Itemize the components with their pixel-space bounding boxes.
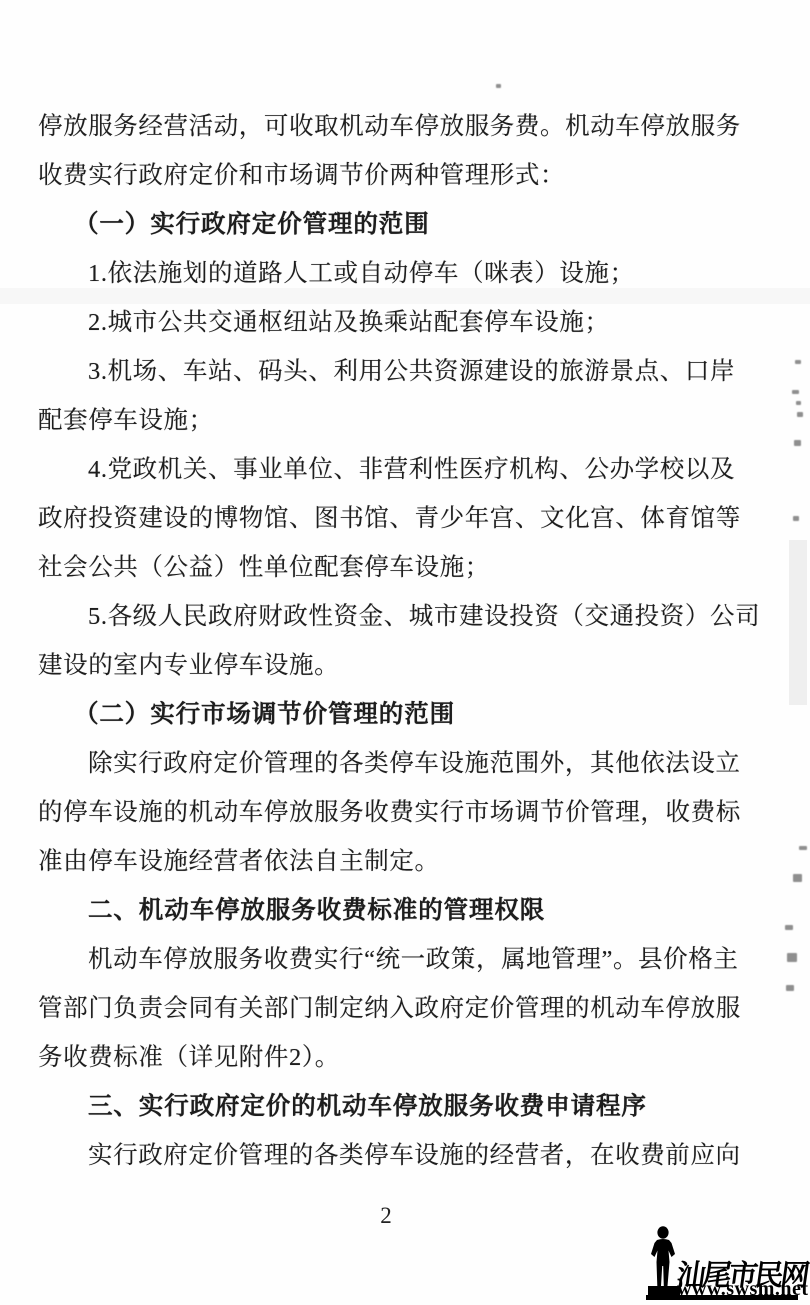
text-line: 准由停车设施经营者依法自主制定。 xyxy=(38,837,778,886)
scan-speck xyxy=(793,516,799,521)
text-line: 建设的室内专业停车设施。 xyxy=(38,641,778,690)
scan-speck xyxy=(785,925,793,930)
text-line: 实行政府定价管理的各类停车设施的经营者，在收费前应向 xyxy=(38,1131,778,1180)
scan-strip-artifact xyxy=(789,540,807,705)
text-line: 配套停车设施； xyxy=(38,396,778,445)
scan-speck xyxy=(792,390,799,394)
scan-speck xyxy=(786,985,794,991)
watermark-underline xyxy=(646,1295,798,1300)
scan-speck xyxy=(793,874,802,882)
scanned-document-page: 停放服务经营活动，可收取机动车停放服务费。机动车停放服务收费实行政府定价和市场调… xyxy=(0,0,810,1305)
scan-speck xyxy=(799,846,807,850)
scan-speck xyxy=(795,360,801,364)
site-watermark: 汕尾市民网 www.swsm.net xyxy=(628,1220,810,1305)
heading-line: 三、实行政府定价的机动车停放服务收费申请程序 xyxy=(38,1082,778,1131)
heading-line: （一）实行政府定价管理的范围 xyxy=(38,200,778,249)
document-body: 停放服务经营活动，可收取机动车停放服务费。机动车停放服务收费实行政府定价和市场调… xyxy=(38,102,778,1180)
text-line: 务收费标准（详见附件2）。 xyxy=(38,1033,778,1082)
scan-speck xyxy=(787,953,797,962)
scan-speck xyxy=(796,401,801,405)
text-line: 社会公共（公益）性单位配套停车设施； xyxy=(38,543,778,592)
text-line: 的停车设施的机动车停放服务收费实行市场调节价管理，收费标 xyxy=(38,788,778,837)
heading-line: 二、机动车停放服务收费标准的管理权限 xyxy=(38,886,778,935)
text-line: 5.各级人民政府财政性资金、城市建设投资（交通投资）公司 xyxy=(38,592,778,641)
text-line: 2.城市公共交通枢纽站及换乘站配套停车设施； xyxy=(38,298,778,347)
text-line: 停放服务经营活动，可收取机动车停放服务费。机动车停放服务 xyxy=(38,102,778,151)
text-line: 收费实行政府定价和市场调节价两种管理形式： xyxy=(38,151,778,200)
scan-speck xyxy=(496,84,501,88)
scan-speck xyxy=(797,412,803,417)
text-line: 机动车停放服务收费实行“统一政策，属地管理”。县价格主 xyxy=(38,935,778,984)
text-line: 1.依法施划的道路人工或自动停车（咪表）设施； xyxy=(38,249,778,298)
text-line: 政府投资建设的博物馆、图书馆、青少年宫、文化宫、体育馆等 xyxy=(38,494,778,543)
text-line: 4.党政机关、事业单位、非营利性医疗机构、公办学校以及 xyxy=(38,445,778,494)
text-line: 3.机场、车站、码头、利用公共资源建设的旅游景点、口岸 xyxy=(38,347,778,396)
text-line: 管部门负责会同有关部门制定纳入政府定价管理的机动车停放服 xyxy=(38,984,778,1033)
watermark-pedestal xyxy=(648,1286,680,1295)
scan-speck xyxy=(794,440,801,446)
text-line: 除实行政府定价管理的各类停车设施范围外，其他依法设立 xyxy=(38,739,778,788)
heading-line: （二）实行市场调节价管理的范围 xyxy=(38,690,778,739)
